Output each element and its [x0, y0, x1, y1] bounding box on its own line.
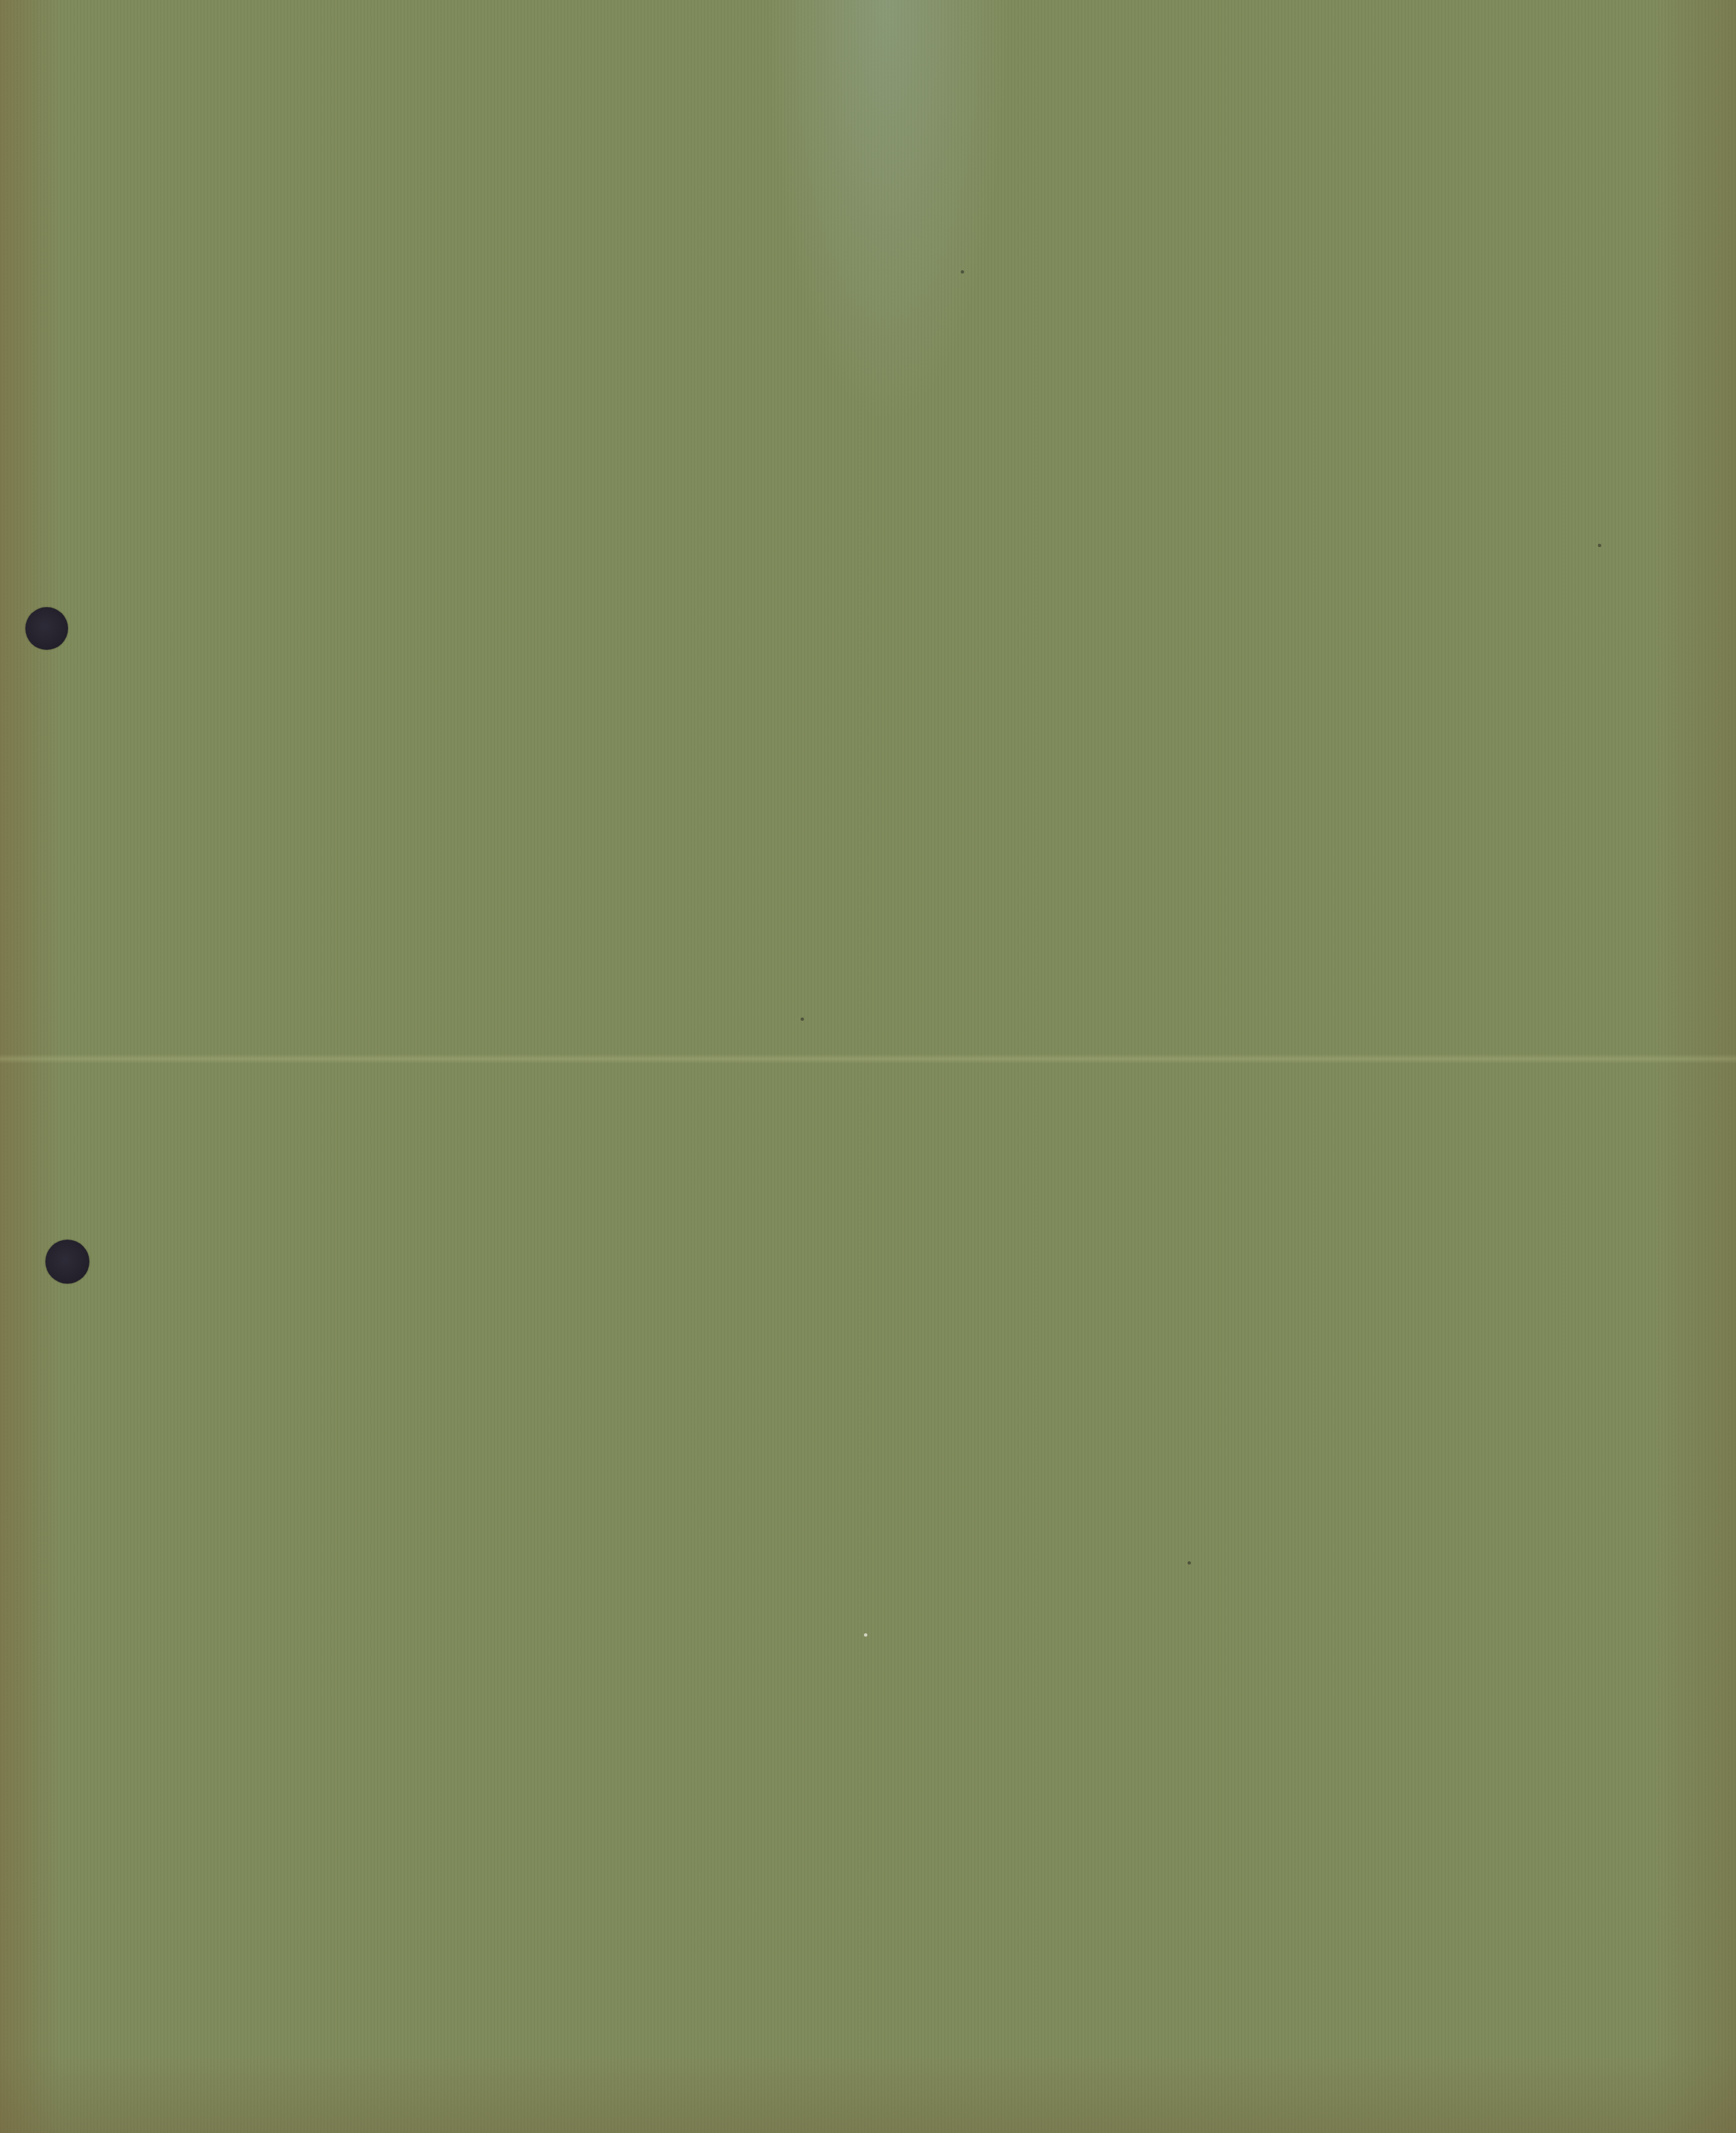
paper-speck: [864, 1633, 867, 1637]
fold-crease: [0, 1054, 1736, 1063]
paper-speck: [961, 270, 964, 274]
paper-speck: [801, 1017, 804, 1021]
punch-hole-top: [25, 607, 68, 650]
punch-hole-bottom: [45, 1240, 89, 1284]
paper-speck: [1188, 1561, 1191, 1565]
blank-paper-sheet: [0, 0, 1736, 2133]
paper-speck: [1598, 544, 1601, 547]
